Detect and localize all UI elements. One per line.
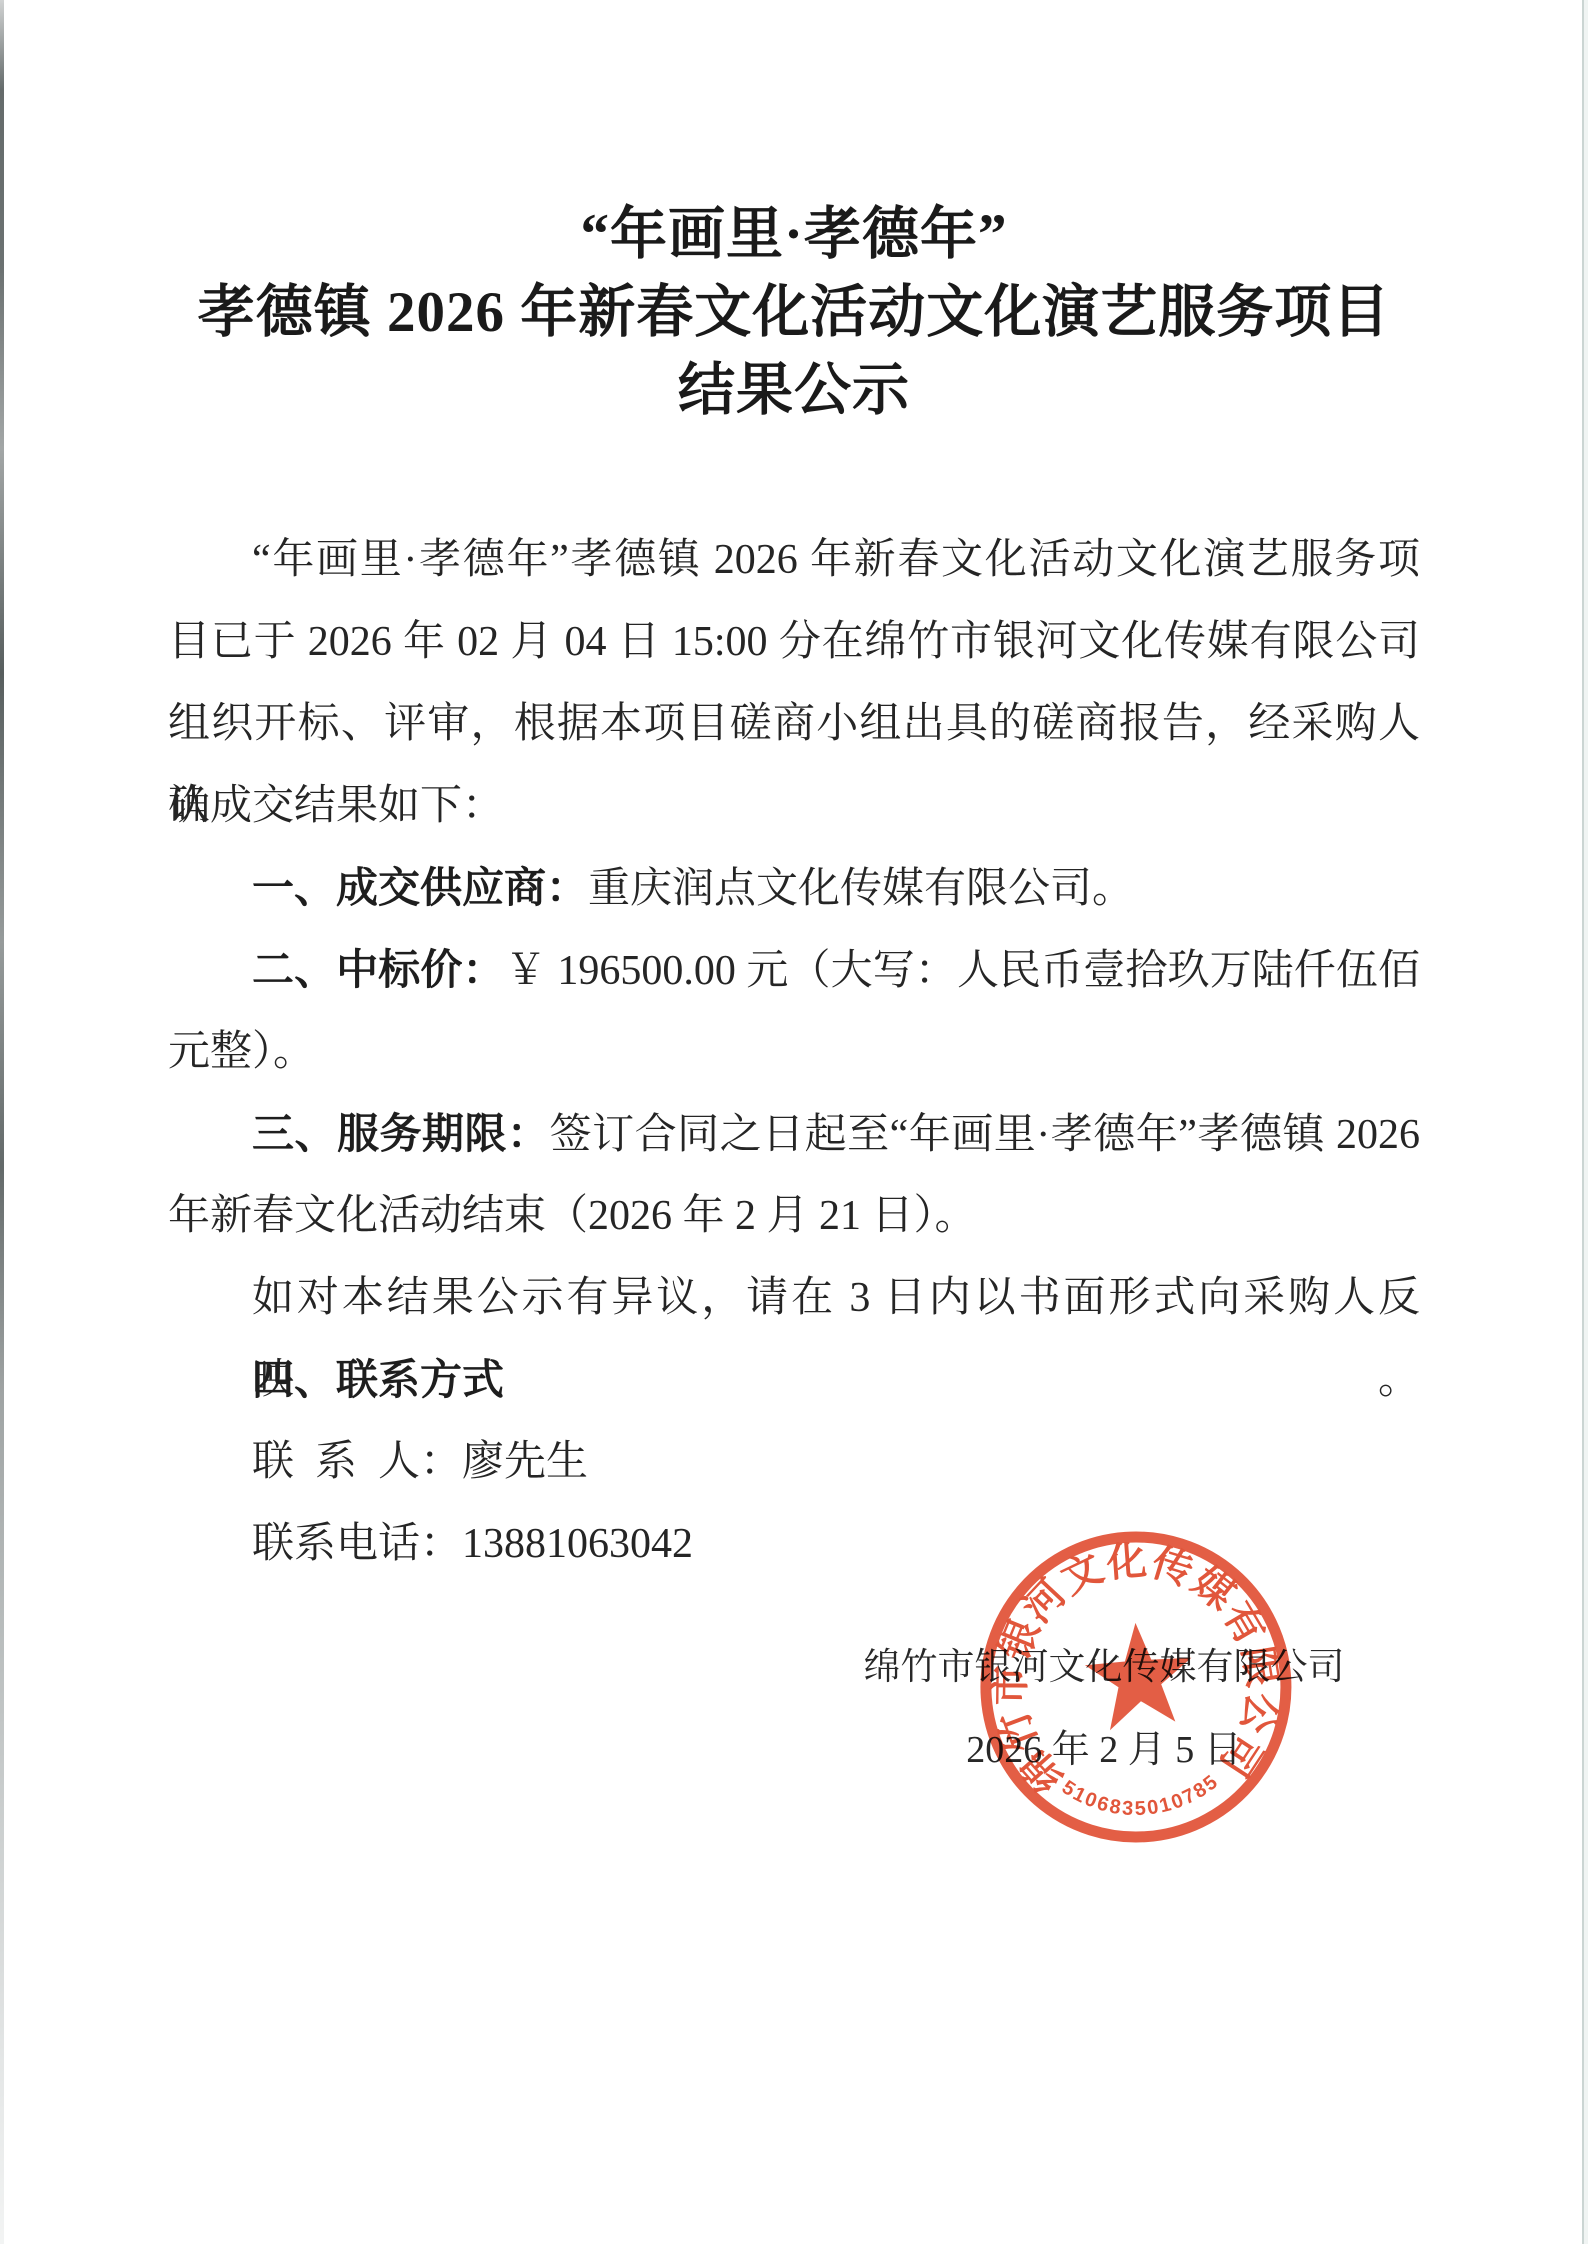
item-3-text: 签订合同之日起至“年画里·孝德年”孝德镇 2026 xyxy=(550,1112,1420,1158)
scan-artifact-left-edge xyxy=(0,0,4,2244)
item-3-continuation: 年新春文化活动结束（2026 年 2 月 21 日）。 xyxy=(168,1175,1420,1257)
item-2-label: 二、中标价： xyxy=(252,946,505,993)
item-3-line: 三、服务期限：签订合同之日起至“年画里·孝德年”孝德镇 2026 xyxy=(168,1093,1420,1175)
title-line-2: 孝德镇 2026 年新春文化活动文化演艺服务项目 xyxy=(168,274,1420,352)
contact-person-line: 联 系 人：廖先生 xyxy=(168,1421,1420,1503)
company-seal: 绵竹市银河文化传媒有限公司 5106835010785 xyxy=(963,1515,1309,1861)
item-1-label: 一、成交供应商： xyxy=(252,864,588,911)
paragraph-1-line-4: 认成交结果如下： xyxy=(168,765,1420,847)
item-1-text: 重庆润点文化传媒有限公司。 xyxy=(588,866,1134,912)
title-line-3: 结果公示 xyxy=(168,352,1420,430)
document-body: “年画里·孝德年”孝德镇 2026 年新春文化活动文化演艺服务项 目已于 202… xyxy=(168,519,1420,1585)
paragraph-1-line-2: 目已于 2026 年 02 月 04 日 15:00 分在绵竹市银河文化传媒有限… xyxy=(168,601,1420,683)
paragraph-1-line-1: “年画里·孝德年”孝德镇 2026 年新春文化活动文化演艺服务项 xyxy=(168,519,1420,601)
title-line-1: “年画里·孝德年” xyxy=(168,196,1420,274)
item-2-text: ￥ 196500.00 元（大写：人民币壹拾玖万陆仟伍佰 xyxy=(505,948,1420,994)
scan-artifact-right-edge xyxy=(1582,0,1584,2244)
document-title: “年画里·孝德年” 孝德镇 2026 年新春文化活动文化演艺服务项目 结果公示 xyxy=(168,196,1420,430)
item-2-line: 二、中标价：￥ 196500.00 元（大写：人民币壹拾玖万陆仟伍佰 xyxy=(168,929,1420,1011)
document-page: “年画里·孝德年” 孝德镇 2026 年新春文化活动文化演艺服务项目 结果公示 … xyxy=(0,0,1588,2244)
item-2-continuation: 元整）。 xyxy=(168,1011,1420,1093)
objection-notice-line: 如对本结果公示有异议，请在 3 日内以书面形式向采购人反映。 xyxy=(168,1257,1420,1339)
scan-artifact-right-band xyxy=(1584,0,1588,2244)
star-icon xyxy=(1082,1619,1196,1731)
item-3-label: 三、服务期限： xyxy=(252,1110,550,1157)
item-4-label: 四、联系方式 xyxy=(252,1356,504,1403)
paragraph-1-line-3: 组织开标、评审，根据本项目磋商小组出具的磋商报告，经采购人确 xyxy=(168,683,1420,765)
item-1-line: 一、成交供应商：重庆润点文化传媒有限公司。 xyxy=(168,847,1420,929)
